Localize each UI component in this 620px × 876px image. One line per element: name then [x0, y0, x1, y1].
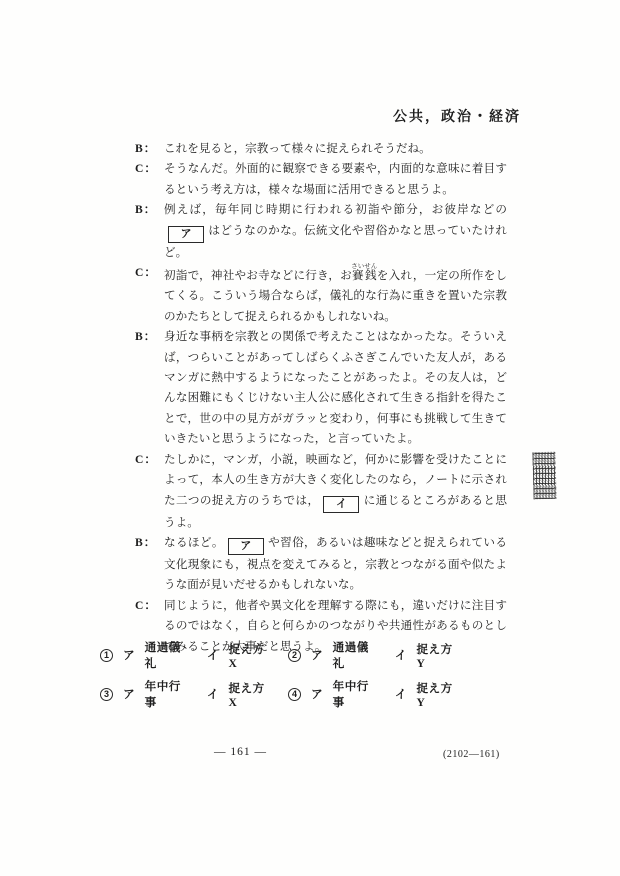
- turn-text: 例えば，毎年同じ時期に行われる初詣や節分，お彼岸などのアはどうなのかな。伝統文化…: [164, 203, 507, 258]
- choice-option-1: 1ア通過儀礼イ捉え方X: [100, 639, 288, 671]
- turn-text: これを見ると，宗教って様々に捉えられそうだね。: [164, 142, 431, 155]
- exam-page: 公共，政治・経済 B：これを見ると，宗教って様々に捉えられそうだね。C：そうなん…: [0, 0, 620, 876]
- turn-text: なるほど。アや習俗，あるいは趣味などと捉えられている文化現象にも，視点を変えてみ…: [164, 536, 507, 591]
- choice-answer-text: 捉え方Y: [416, 680, 454, 709]
- choice-blank-label: イ: [207, 647, 219, 663]
- ruby-annotated-word: 賽銭さいせん: [352, 269, 377, 282]
- dialogue: B：これを見ると，宗教って様々に捉えられそうだね。C：そうなんだ。外面的に観察で…: [135, 139, 507, 657]
- dialogue-turn: C：そうなんだ。外面的に観察できる要素や，内面的な意味に着目するという考え方は，…: [135, 159, 507, 200]
- choice-blank-label: ア: [311, 647, 323, 663]
- speaker-label: B：: [135, 139, 156, 159]
- answer-blank-box: イ: [323, 496, 359, 513]
- print-code: (2102—161): [443, 749, 500, 760]
- choice-number-circle: 2: [288, 649, 301, 662]
- speaker-label: B：: [135, 200, 156, 220]
- turn-text: 初詣で，神社やお寺などに行き，お賽銭さいせんを入れ，一定の所作をしてくる。こうい…: [164, 269, 507, 323]
- choice-number-circle: 1: [100, 649, 113, 662]
- answer-blank-box: ア: [168, 226, 204, 243]
- answer-blank-box: ア: [228, 538, 264, 555]
- choice-option-4: 4ア年中行事イ捉え方Y: [288, 678, 476, 710]
- choices: 1ア通過儀礼イ捉え方X2ア通過儀礼イ捉え方Y3ア年中行事イ捉え方X4ア年中行事イ…: [100, 639, 520, 717]
- speaker-label: C：: [135, 159, 157, 179]
- choice-blank-label: イ: [395, 647, 407, 663]
- dialogue-turn: B：これを見ると，宗教って様々に捉えられそうだね。: [135, 139, 507, 159]
- dialogue-turn: C：たしかに，マンガ，小説，映画など，何かに影響を受けたことによって，本人の生き…: [135, 450, 507, 533]
- speaker-label: C：: [135, 450, 157, 470]
- choice-number-circle: 4: [288, 688, 301, 701]
- choice-row: 1ア通過儀礼イ捉え方X2ア通過儀礼イ捉え方Y: [100, 639, 520, 671]
- choice-answer-text: 通過儀礼: [333, 639, 373, 671]
- margin-print-artifact: [532, 452, 556, 500]
- turn-text: そうなんだ。外面的に観察できる要素や，内面的な意味に着目するという考え方は，様々…: [164, 162, 507, 195]
- speaker-label: C：: [135, 263, 157, 283]
- choice-blank-label: ア: [123, 647, 135, 663]
- turn-text: たしかに，マンガ，小説，映画など，何かに影響を受けたことによって，本人の生き方が…: [164, 453, 507, 529]
- speaker-label: B：: [135, 533, 156, 553]
- choice-option-2: 2ア通過儀礼イ捉え方Y: [288, 639, 476, 671]
- speaker-label: C：: [135, 596, 157, 616]
- dialogue-turn: C：初詣で，神社やお寺などに行き，お賽銭さいせんを入れ，一定の所作をしてくる。こ…: [135, 263, 507, 327]
- choice-answer-text: 年中行事: [333, 678, 373, 710]
- choice-blank-label: ア: [311, 686, 323, 702]
- page-title: 公共，政治・経済: [393, 106, 521, 126]
- page-number: — 161 —: [214, 746, 267, 758]
- dialogue-turn: B：例えば，毎年同じ時期に行われる初詣や節分，お彼岸などのアはどうなのかな。伝統…: [135, 200, 507, 263]
- choice-blank-label: イ: [207, 686, 219, 702]
- choice-answer-text: 通過儀礼: [145, 639, 185, 671]
- choice-blank-label: イ: [395, 686, 407, 702]
- choice-answer-text: 捉え方X: [228, 641, 266, 670]
- choice-answer-text: 捉え方X: [228, 680, 266, 709]
- choice-answer-text: 年中行事: [145, 678, 185, 710]
- choice-option-3: 3ア年中行事イ捉え方X: [100, 678, 288, 710]
- choice-number-circle: 3: [100, 688, 113, 701]
- dialogue-turn: B：なるほど。アや習俗，あるいは趣味などと捉えられている文化現象にも，視点を変え…: [135, 533, 507, 596]
- choice-blank-label: ア: [123, 686, 135, 702]
- speaker-label: B：: [135, 327, 156, 347]
- dialogue-turn: B：身近な事柄を宗教との関係で考えたことはなかったな。そういえば，つらいことがあ…: [135, 327, 507, 449]
- choice-answer-text: 捉え方Y: [416, 641, 454, 670]
- choice-row: 3ア年中行事イ捉え方X4ア年中行事イ捉え方Y: [100, 678, 520, 710]
- turn-text: 身近な事柄を宗教との関係で考えたことはなかったな。そういえば，つらいことがあって…: [164, 330, 507, 445]
